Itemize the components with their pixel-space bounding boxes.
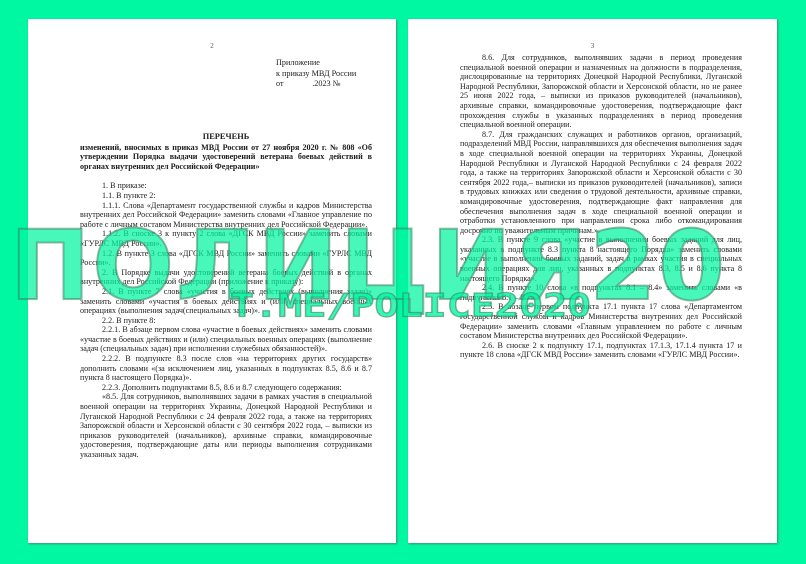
right-page-body: 8.6. Для сотрудников, выполнявших задачи… [460, 53, 742, 360]
document-title: ПЕРЕЧЕНЬ [80, 132, 372, 142]
paragraph: 2.2.1. В абзаце первом слова «участие в … [80, 325, 372, 354]
paragraph: 2.2. В пункте 8: [80, 316, 372, 326]
paragraph: 1. В приказе: [80, 181, 372, 191]
paragraph: 8.6. Для сотрудников, выполнявших задачи… [460, 53, 742, 130]
page-number: 3 [408, 42, 777, 50]
paragraph: 2.2.3. Дополнить подпунктами 8.5, 8.6 и … [80, 383, 372, 393]
paragraph: 2. В Порядке выдачи удостоверений ветера… [80, 268, 372, 287]
paragraph: 2.1. В пункте 7 слова «участия в боевых … [80, 287, 372, 316]
paragraph: 8.7. Для гражданских служащих и работник… [460, 130, 742, 236]
paragraph: 2.6. В сноске 2 к подпункту 17.1, подпун… [460, 341, 742, 360]
paragraph: 2.3. В пункте 9 слова «участие в выполне… [460, 235, 742, 283]
appendix-line: Приложение [276, 58, 356, 69]
paragraph: 1.2. В пункте 3 слова «ДГСК МВД России» … [80, 249, 372, 268]
appendix-line: от .2023 № [276, 79, 356, 90]
appendix-header: Приложение к приказу МВД России от .2023… [276, 58, 356, 90]
paragraph: 2.5. В абзаце первом подпункта 17.1 пунк… [460, 302, 742, 340]
paragraph: 2.2.2. В подпункте 8.3 после слов «на те… [80, 354, 372, 383]
appendix-line: к приказу МВД России [276, 69, 356, 80]
document-subtitle: изменений, вносимых в приказ МВД России … [80, 143, 372, 172]
left-page-body: ПЕРЕЧЕНЬ изменений, вносимых в приказ МВ… [80, 132, 372, 460]
paragraph: 1.1.1. Слова «Департамент государственно… [80, 201, 372, 230]
paragraph: 1.1. В пункте 2: [80, 191, 372, 201]
paragraph: 1.1.2. В сноске 3 к пункту 2 слова «ДГСК… [80, 229, 372, 248]
page-number: 2 [28, 42, 396, 50]
paragraph: «8.5. Для сотрудников, выполнявших задач… [80, 392, 372, 459]
paragraph: 2.4. В пункте 10 слова «в подпунктах 8.1… [460, 283, 742, 302]
